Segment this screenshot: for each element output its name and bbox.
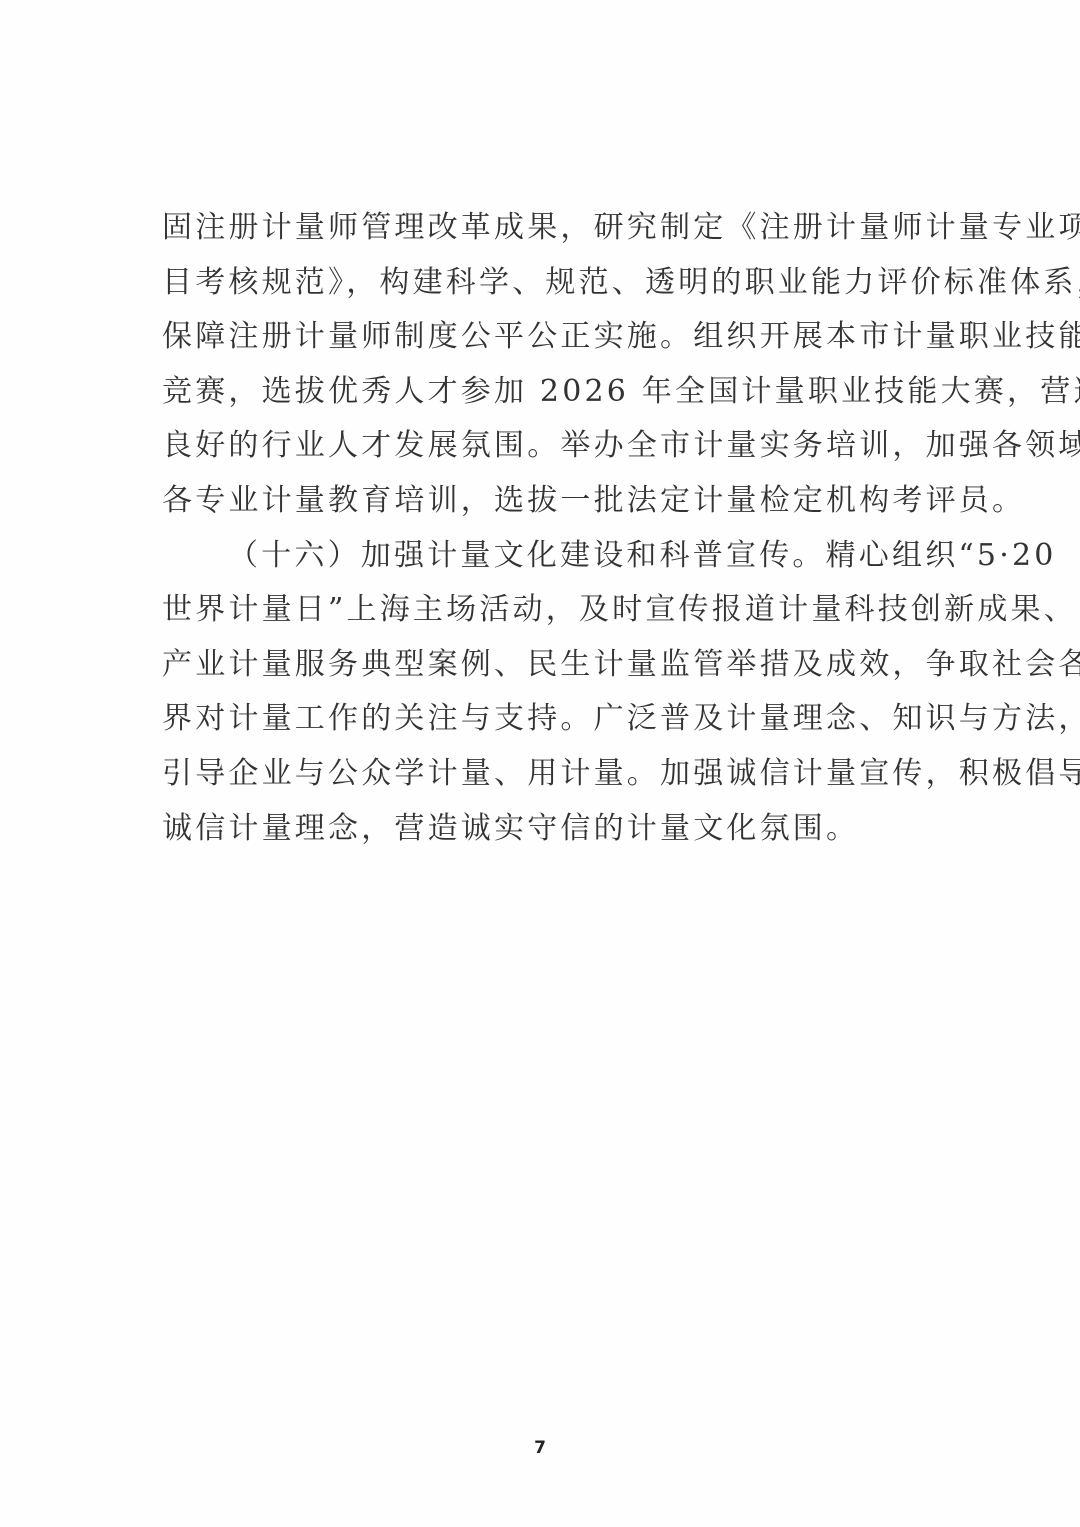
text-line: 诚信计量理念，营造诚实守信的计量文化氛围。 (162, 807, 964, 862)
text-line: 界对计量工作的关注与支持。广泛普及计量理念、知识与方法， (162, 697, 964, 752)
text-line: 世界计量日”上海主场活动，及时宣传报道计量科技创新成果、 (162, 588, 964, 643)
text-line: 引导企业与公众学计量、用计量。加强诚信计量宣传，积极倡导 (162, 752, 964, 807)
text-line: 目考核规范》，构建科学、规范、透明的职业能力评价标准体系， (162, 261, 964, 316)
body-text: 固注册计量师管理改革成果，研究制定《注册计量师计量专业项 目考核规范》，构建科学… (162, 206, 964, 861)
text-line: 良好的行业人才发展氛围。举办全市计量实务培训，加强各领域、 (162, 424, 964, 479)
page-number: 7 (0, 1438, 1080, 1458)
text-line: 各专业计量教育培训，选拔一批法定计量检定机构考评员。 (162, 479, 964, 534)
paragraph-section-16: （十六）加强计量文化建设和科普宣传。精心组织“5·20 世界计量日”上海主场活动… (162, 534, 964, 862)
text-line: 竞赛，选拔优秀人才参加 2026 年全国计量职业技能大赛，营造 (162, 370, 964, 425)
text-line: 固注册计量师管理改革成果，研究制定《注册计量师计量专业项 (162, 206, 964, 261)
text-line: 保障注册计量师制度公平公正实施。组织开展本市计量职业技能 (162, 315, 964, 370)
document-page: 固注册计量师管理改革成果，研究制定《注册计量师计量专业项 目考核规范》，构建科学… (0, 0, 1080, 1527)
section-heading-line: （十六）加强计量文化建设和科普宣传。精心组织“5·20 (162, 534, 964, 589)
text-line: 产业计量服务典型案例、民生计量监管举措及成效，争取社会各 (162, 643, 964, 698)
paragraph-continuation: 固注册计量师管理改革成果，研究制定《注册计量师计量专业项 目考核规范》，构建科学… (162, 206, 964, 534)
